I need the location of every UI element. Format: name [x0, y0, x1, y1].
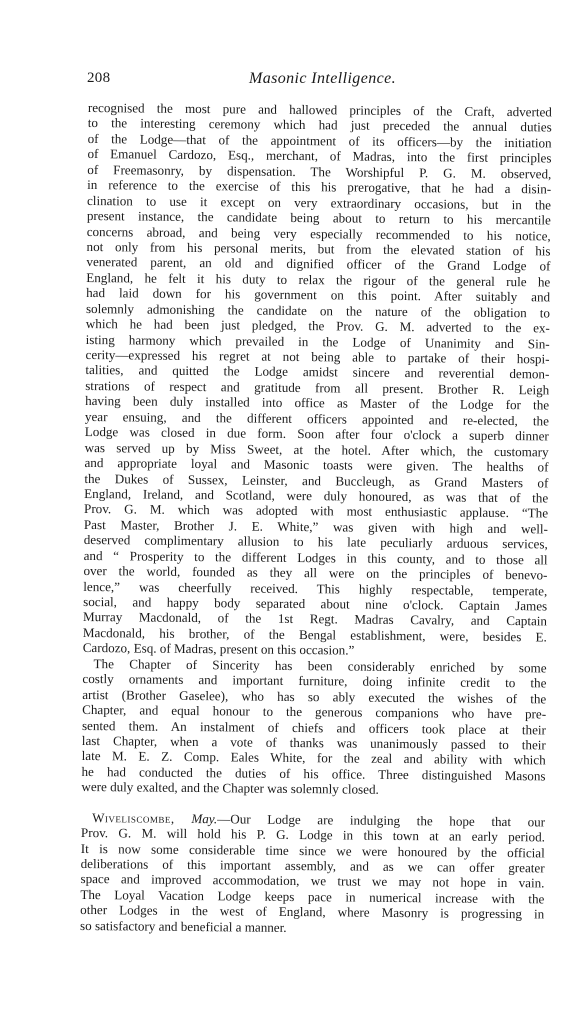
- date-label: May.: [191, 811, 217, 826]
- page-header: 208 Masonic Intelligence.: [87, 70, 557, 92]
- paragraph-chapter-of-sincerity: The Chapter of Sincerity has been consid…: [81, 656, 546, 799]
- paragraph-wiveliscombe: Wiveliscombe, May.—Our Lodge are indulgi…: [80, 810, 545, 938]
- paragraph-lodge-report: recognised the most pure and hallowed pr…: [83, 100, 552, 660]
- running-title: Masonic Intelligence.: [249, 70, 396, 88]
- article-body: recognised the most pure and hallowed pr…: [80, 100, 552, 938]
- document-page: 208 Masonic Intelligence. recognised the…: [0, 0, 586, 1020]
- place-name: Wiveliscombe,: [92, 810, 175, 826]
- page-number: 208: [87, 70, 110, 87]
